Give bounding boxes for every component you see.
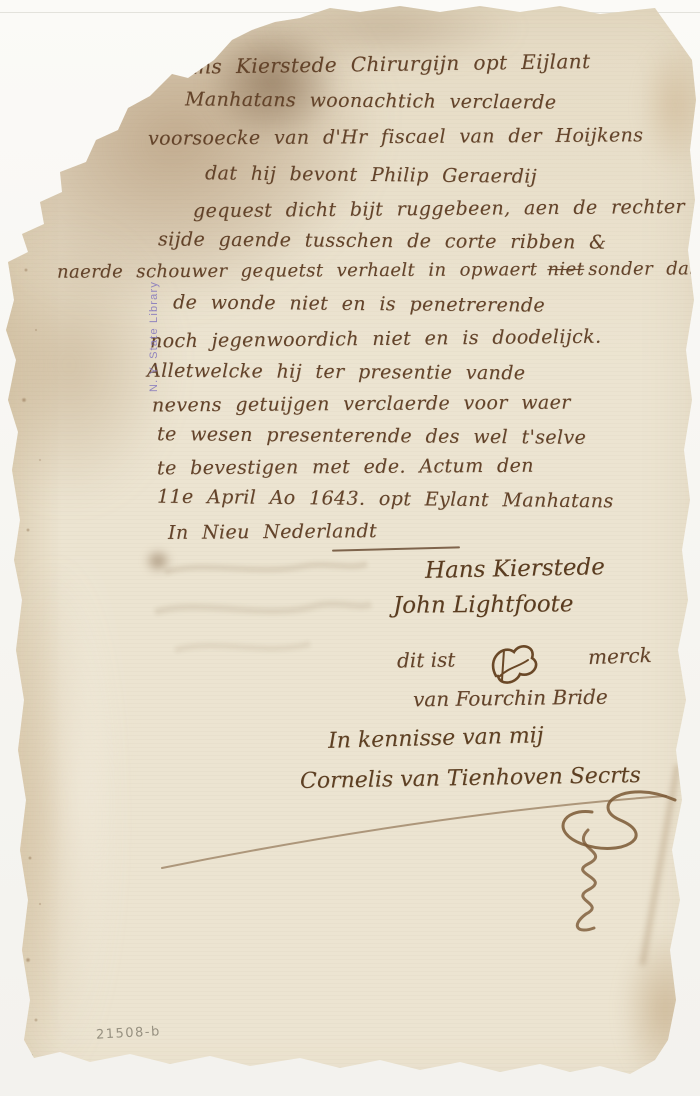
- stain-right-top: [640, 40, 700, 170]
- manuscript-line: nevens getuijgen verclaerde voor waer: [152, 392, 571, 417]
- manuscript-line: Hans Kierstede Chirurgijn opt Eijlant: [168, 49, 591, 79]
- pencil-catalog-number: 21508-b: [96, 1024, 162, 1042]
- paraph-flourish: [470, 778, 695, 938]
- struck-word: niet: [547, 259, 584, 280]
- stain-left-lower: [0, 560, 112, 1080]
- mark-owner-text: van Fourchin Bride: [413, 685, 608, 712]
- ink-showthrough: [145, 550, 375, 670]
- flourish-underline: [332, 546, 460, 551]
- ink-smudge: [144, 548, 172, 574]
- notary-mark-icon: [478, 636, 540, 690]
- line7-text: naerde schouwer gequetst verhaelt in opw…: [57, 259, 537, 283]
- manuscript-line: te bevestigen met ede. Actum den: [157, 455, 534, 480]
- signature-hans-kierstede: Hans Kierstede: [425, 554, 605, 584]
- mark-trail-text: merck: [588, 643, 652, 669]
- light-band: [34, 540, 124, 1060]
- paper-crease: [630, 765, 690, 965]
- manuscript-line: naerde schouwer gequetst verhaelt in opw…: [57, 258, 700, 282]
- manuscript-line: 11e April Ao 1643. opt Eylant Manhatans: [157, 486, 614, 513]
- dark-stain: [205, 22, 340, 142]
- mark-lead-text: dit ist: [397, 647, 456, 672]
- manuscript-line: sijde gaende tusschen de corte ribben &: [158, 228, 607, 253]
- manuscript-line: de wonde niet en is penetrerende: [173, 291, 545, 316]
- attestation-line: In kennisse van mij: [328, 723, 544, 754]
- edge-speckles-lower: [16, 840, 68, 1070]
- manuscript-line: noch jegenwoordich niet en is doodelijck…: [150, 326, 602, 353]
- manuscript-line: te wesen presenterende des wel t'selve: [157, 423, 586, 449]
- manuscript-line: Manhatans woonachtich verclaerde: [185, 88, 557, 113]
- manuscript-paper: Hans Kierstede Chirurgijn opt Eijlant Ma…: [0, 0, 700, 1096]
- edge-speckles-upper: [14, 250, 66, 570]
- manuscript-line: gequest dicht bijt ruggebeen, aen de rec…: [193, 196, 685, 222]
- manuscript-line: voorsoecke van d'Hr fiscael van der Hoij…: [148, 124, 644, 149]
- scanned-manuscript-page: Hans Kierstede Chirurgijn opt Eijlant Ma…: [0, 0, 700, 1096]
- manuscript-line: Alletwelcke hij ter presentie vande: [147, 360, 526, 385]
- flourish-sweep-line: [160, 792, 670, 882]
- manuscript-line: dat hij bevont Philip Geraerdij: [205, 162, 537, 187]
- attestation-signature: Cornelis van Tienhoven Secrts: [300, 763, 641, 794]
- stain-right-bottom: [620, 930, 700, 1090]
- line7-end: sonder dat: [588, 258, 697, 280]
- manuscript-line: In Nieu Nederlandt: [168, 520, 377, 544]
- signature-john-lightfoote: John Lightfoote: [393, 591, 574, 619]
- library-stamp: N. Y. State Library: [148, 281, 160, 392]
